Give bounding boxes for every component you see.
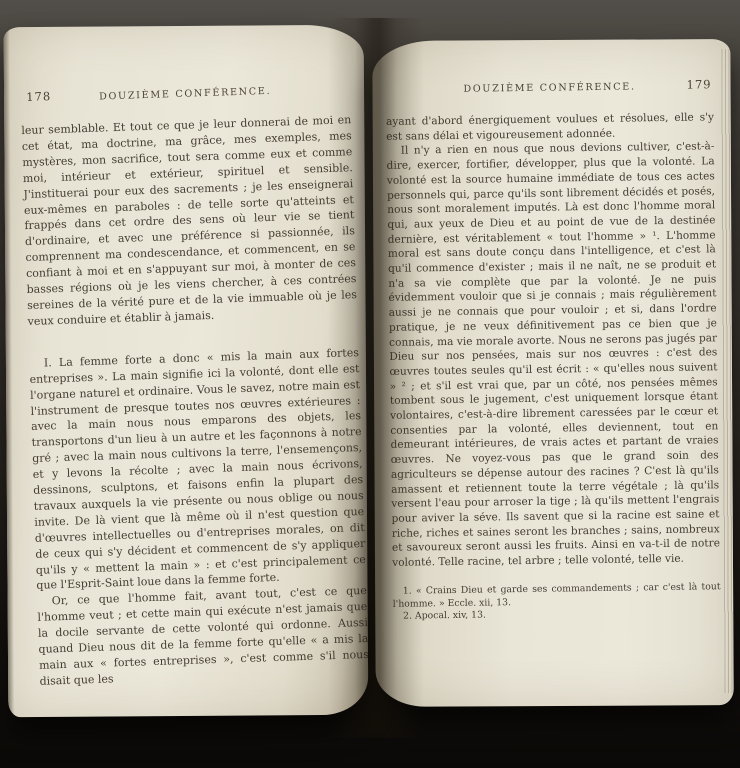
paragraph: ayant d'abord énergiquement voulues et r… [386, 110, 714, 144]
book-page-right: DOUZIÈME CONFÉRENCE. 179 ayant d'abord é… [372, 39, 733, 707]
page-number: 178 [26, 89, 51, 106]
paragraph: leur semblable. Et tout ce que je leur d… [21, 112, 358, 330]
paragraph: I. La femme forte a donc « mis la main a… [29, 345, 367, 594]
book-page-left: 178 DOUZIÈME CONFÉRENCE. leur semblable.… [4, 25, 369, 717]
page-edge-stack [720, 49, 733, 693]
footnotes: 1. « Crains Dieu et garde ses commandeme… [392, 581, 721, 624]
page-edge-left [4, 27, 15, 717]
left-page-text: 178 DOUZIÈME CONFÉRENCE. leur semblable.… [20, 80, 368, 689]
paragraph: Or, ce que l'homme fait, avant tout, c'e… [37, 583, 369, 689]
running-title: DOUZIÈME CONFÉRENCE. [463, 80, 635, 97]
paragraph: Il n'y a rien en nous que nous devions c… [386, 140, 720, 571]
right-page-header: DOUZIÈME CONFÉRENCE. 179 [385, 78, 713, 103]
page-number: 179 [686, 77, 711, 92]
book-photo: 178 DOUZIÈME CONFÉRENCE. leur semblable.… [0, 0, 740, 768]
right-page-text: DOUZIÈME CONFÉRENCE. 179 ayant d'abord é… [385, 78, 721, 624]
left-page-header: 178 DOUZIÈME CONFÉRENCE. [20, 80, 350, 111]
running-title: DOUZIÈME CONFÉRENCE. [99, 84, 272, 106]
